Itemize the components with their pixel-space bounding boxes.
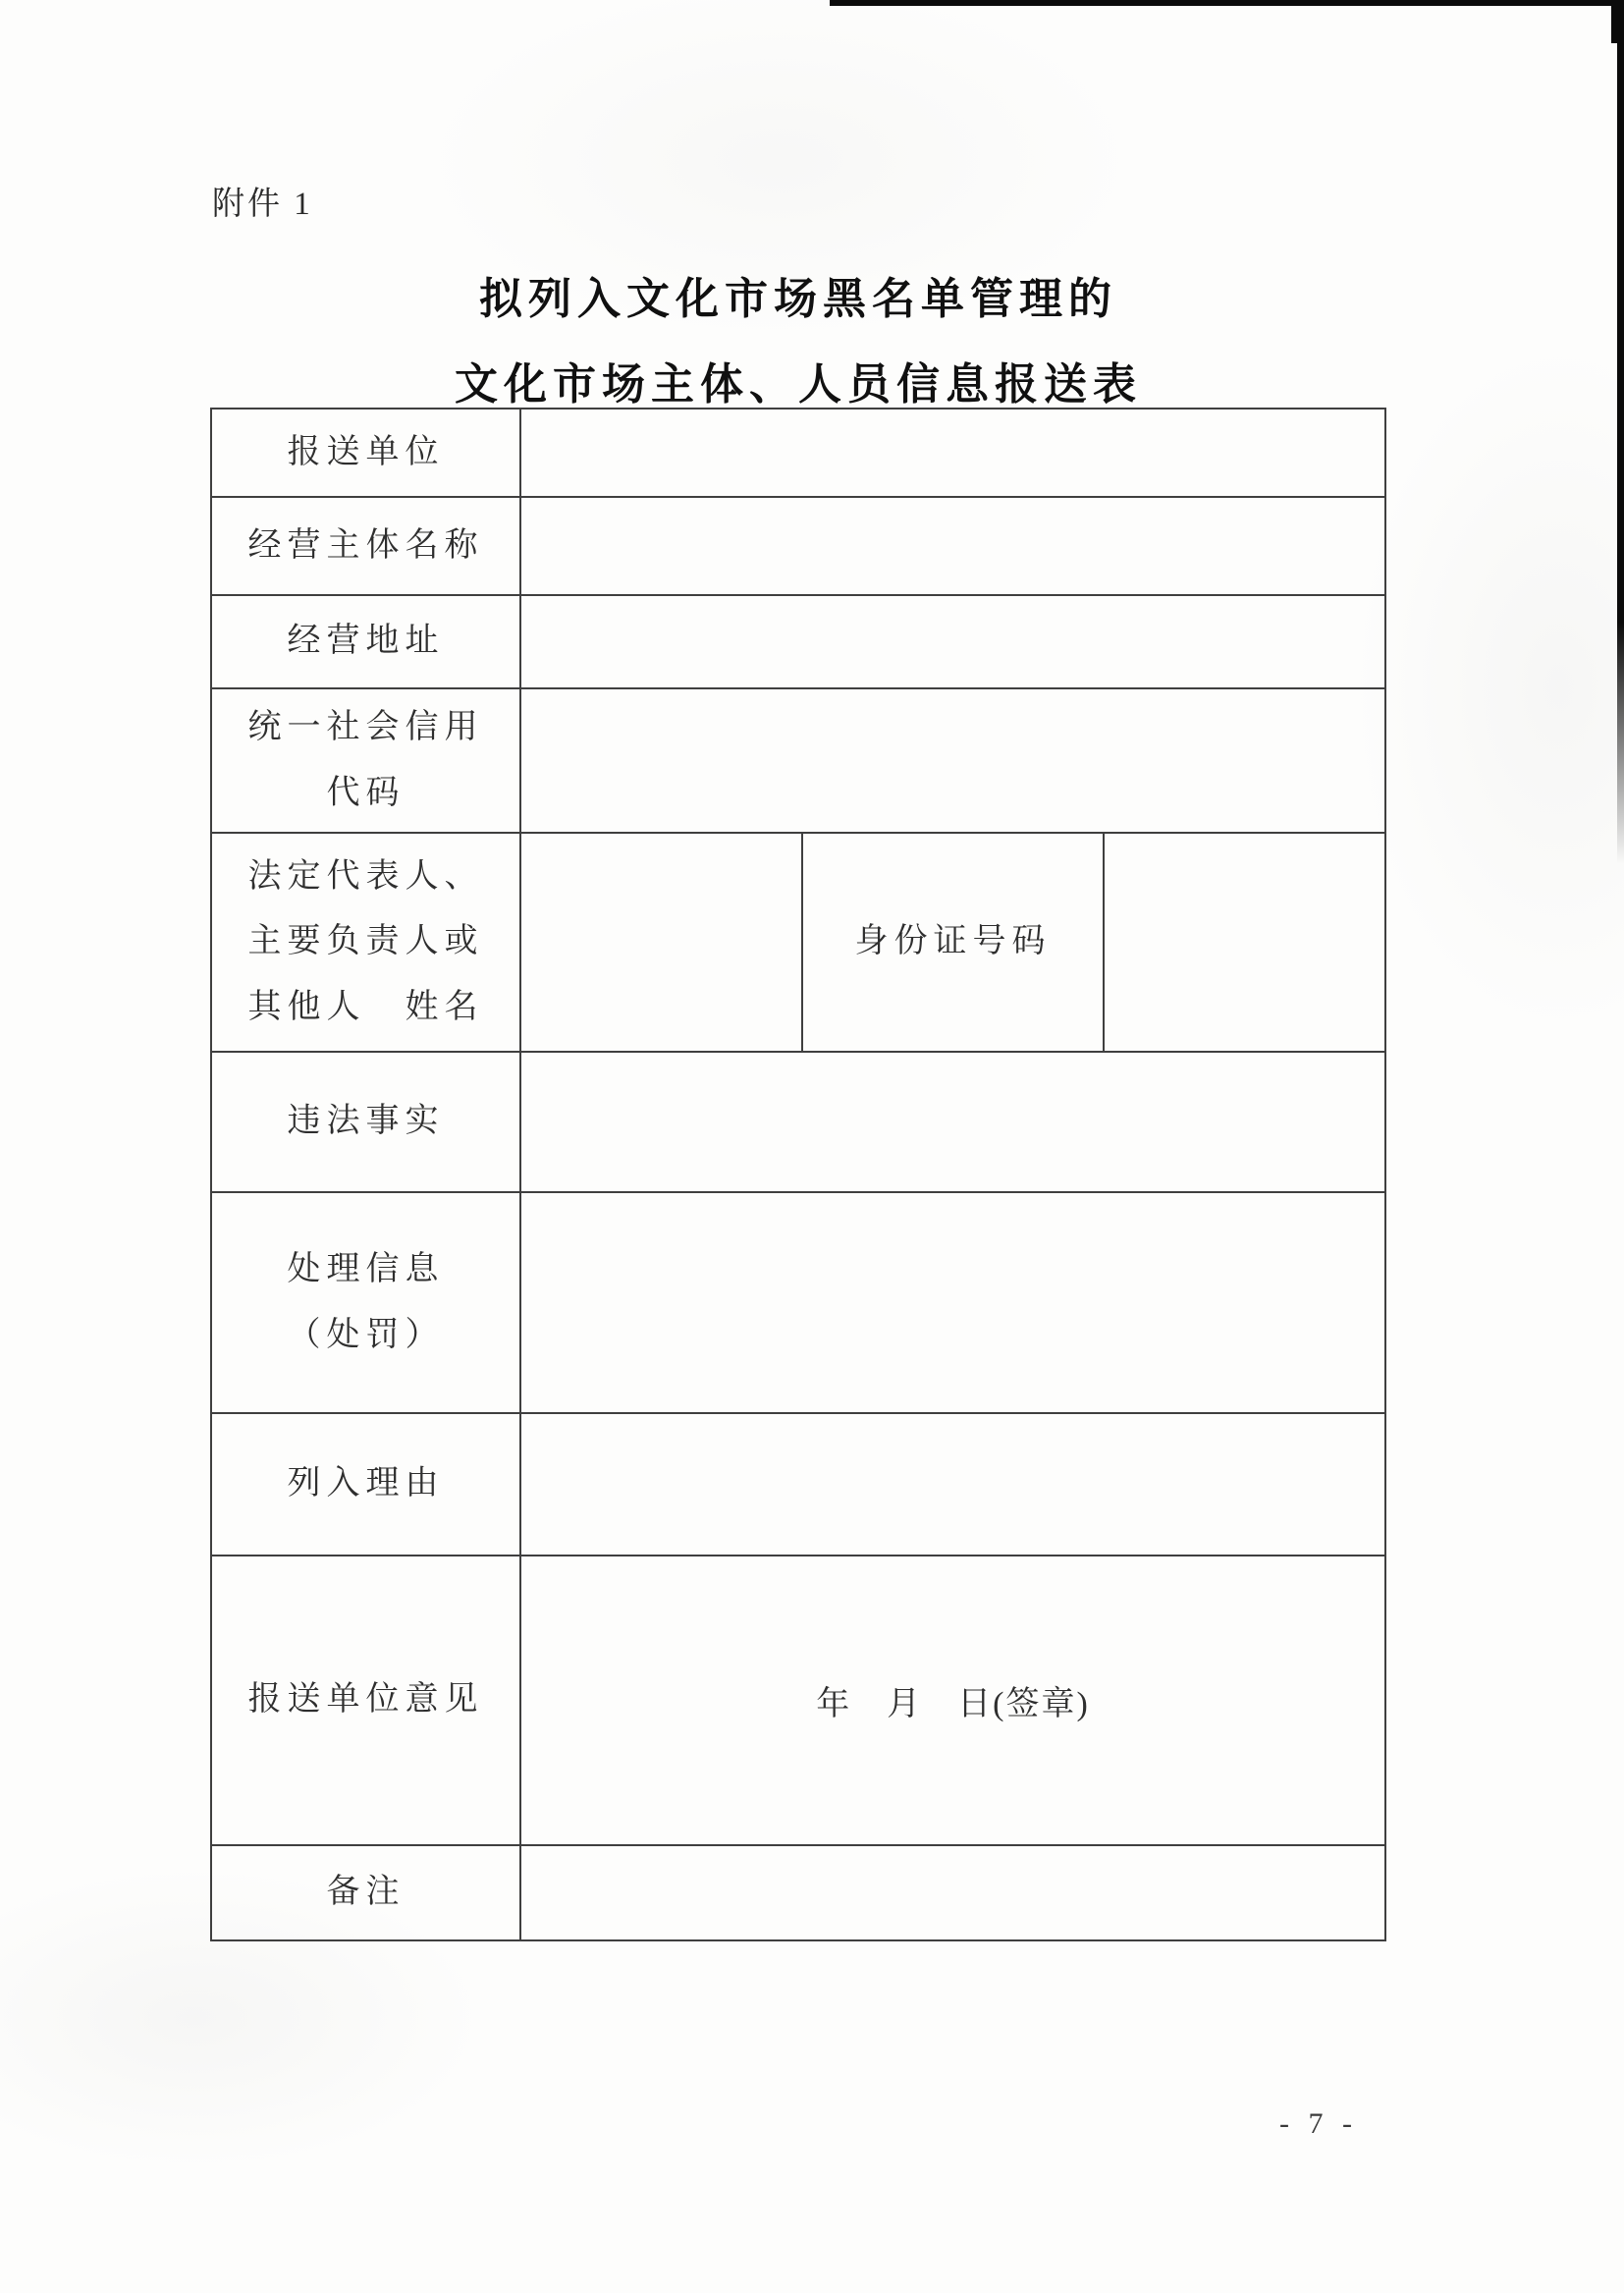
table-row: 经营地址 <box>211 595 1385 688</box>
label-legal-representative-name: 法定代表人、 主要负责人或 其他人 姓名 <box>211 833 520 1052</box>
label-reporting-unit: 报送单位 <box>211 409 520 497</box>
date-seal-line: 年 月 日(签章) <box>816 1686 1090 1722</box>
label-id-number: 身份证号码 <box>802 833 1104 1052</box>
table-row: 违法事实 <box>211 1052 1385 1192</box>
table-row: 备注 <box>211 1845 1385 1940</box>
label-reporting-unit-opinion: 报送单位意见 <box>211 1556 520 1845</box>
table-row: 报送单位 <box>211 409 1385 497</box>
label-entity-name: 经营主体名称 <box>211 497 520 595</box>
doc-title-line-1: 拟列入文化市场黑名单管理的 <box>211 263 1385 326</box>
label-inclusion-reason: 列入理由 <box>211 1413 520 1556</box>
value-id-number <box>1104 833 1385 1052</box>
label-business-address: 经营地址 <box>211 595 520 688</box>
attachment-label: 附件 1 <box>212 178 313 224</box>
table-row: 列入理由 <box>211 1413 1385 1556</box>
doc-title-line-2: 文化市场主体、人员信息报送表 <box>211 349 1385 411</box>
form-table: 报送单位 经营主体名称 经营地址 统一社会信用 代码 法定代表人、 主要负责人或… <box>210 408 1386 1941</box>
value-entity-name <box>520 497 1385 595</box>
value-credit-code <box>520 688 1385 833</box>
table-row: 法定代表人、 主要负责人或 其他人 姓名 身份证号码 <box>211 833 1385 1052</box>
table-row: 报送单位意见 年 月 日(签章) <box>211 1556 1385 1845</box>
table-row: 经营主体名称 <box>211 497 1385 595</box>
value-inclusion-reason <box>520 1413 1385 1556</box>
table-row: 统一社会信用 代码 <box>211 688 1385 833</box>
value-business-address <box>520 595 1385 688</box>
value-legal-representative-name <box>520 833 802 1052</box>
value-reporting-unit <box>520 409 1385 497</box>
value-remarks <box>520 1845 1385 1940</box>
label-penalty-info: 处理信息 （处罚） <box>211 1192 520 1413</box>
value-illegal-facts <box>520 1052 1385 1192</box>
label-illegal-facts: 违法事实 <box>211 1052 520 1192</box>
label-remarks: 备注 <box>211 1845 520 1940</box>
value-penalty-info <box>520 1192 1385 1413</box>
page-number: - 7 - <box>1279 2107 1358 2141</box>
label-credit-code: 统一社会信用 代码 <box>211 688 520 833</box>
scan-edge-artifact-right <box>1617 0 1624 864</box>
scanned-document-page: 附件 1 拟列入文化市场黑名单管理的 文化市场主体、人员信息报送表 报送单位 经… <box>0 0 1624 2293</box>
value-reporting-unit-opinion: 年 月 日(签章) <box>520 1556 1385 1845</box>
table-row: 处理信息 （处罚） <box>211 1192 1385 1413</box>
scan-edge-artifact-corner <box>1611 0 1624 43</box>
scan-edge-artifact-top <box>830 0 1624 6</box>
